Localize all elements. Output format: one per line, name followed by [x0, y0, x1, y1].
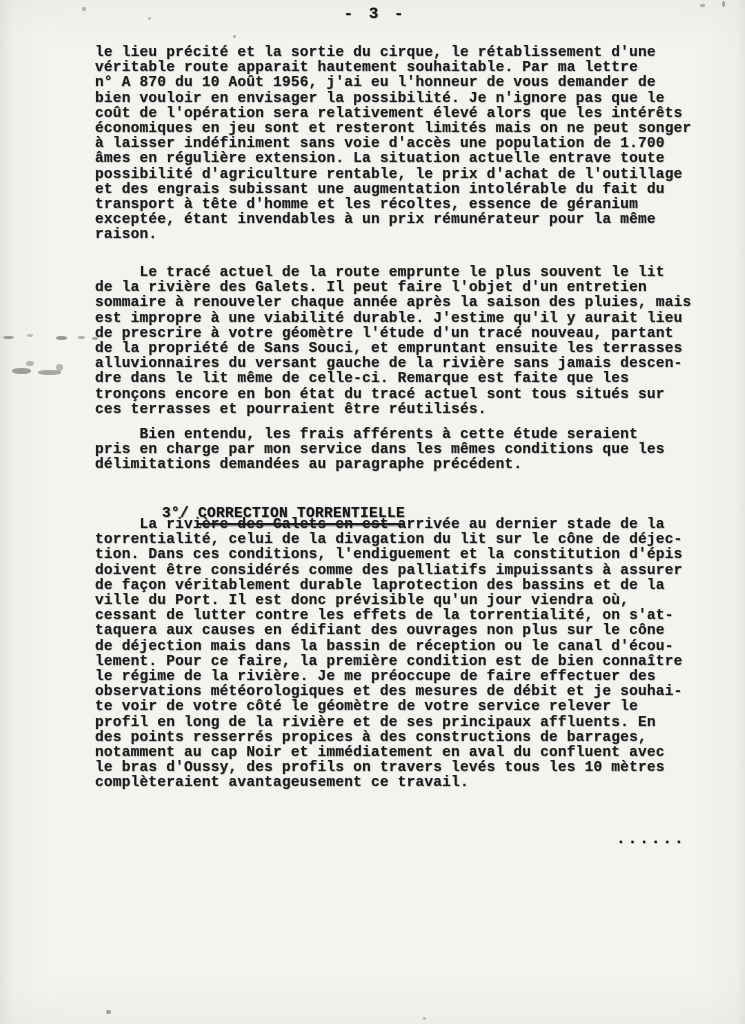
- continuation-dots: ......: [616, 830, 686, 848]
- ink-speck: [92, 337, 98, 340]
- ink-speck: [148, 17, 151, 20]
- ink-smudge: [12, 368, 31, 374]
- page-number: - 3 -: [320, 5, 430, 23]
- ink-speck: [3, 336, 14, 339]
- ink-speck: [722, 1, 725, 7]
- ink-speck: [78, 336, 85, 339]
- paragraph-torrential-correction: La rivière des Galets en est arrivée au …: [95, 518, 683, 792]
- ink-speck: [106, 1010, 111, 1014]
- document-page: - 3 - le lieu précité et la sortie du ci…: [0, 0, 745, 1024]
- ink-speck: [82, 7, 86, 11]
- paragraph-study-costs: Bien entendu, les frais afférents à cett…: [95, 428, 665, 474]
- ink-speck: [233, 35, 236, 38]
- ink-smudge: [56, 364, 63, 371]
- paragraph-route-trace: Le tracé actuel de la route emprunte le …: [95, 266, 691, 418]
- ink-speck: [423, 1017, 426, 1020]
- ink-speck: [700, 4, 705, 7]
- ink-speck: [56, 336, 67, 340]
- ink-speck: [27, 334, 33, 337]
- ink-smudge: [26, 361, 34, 366]
- paragraph-road-reestablishment: le lieu précité et la sortie du cirque, …: [95, 46, 691, 244]
